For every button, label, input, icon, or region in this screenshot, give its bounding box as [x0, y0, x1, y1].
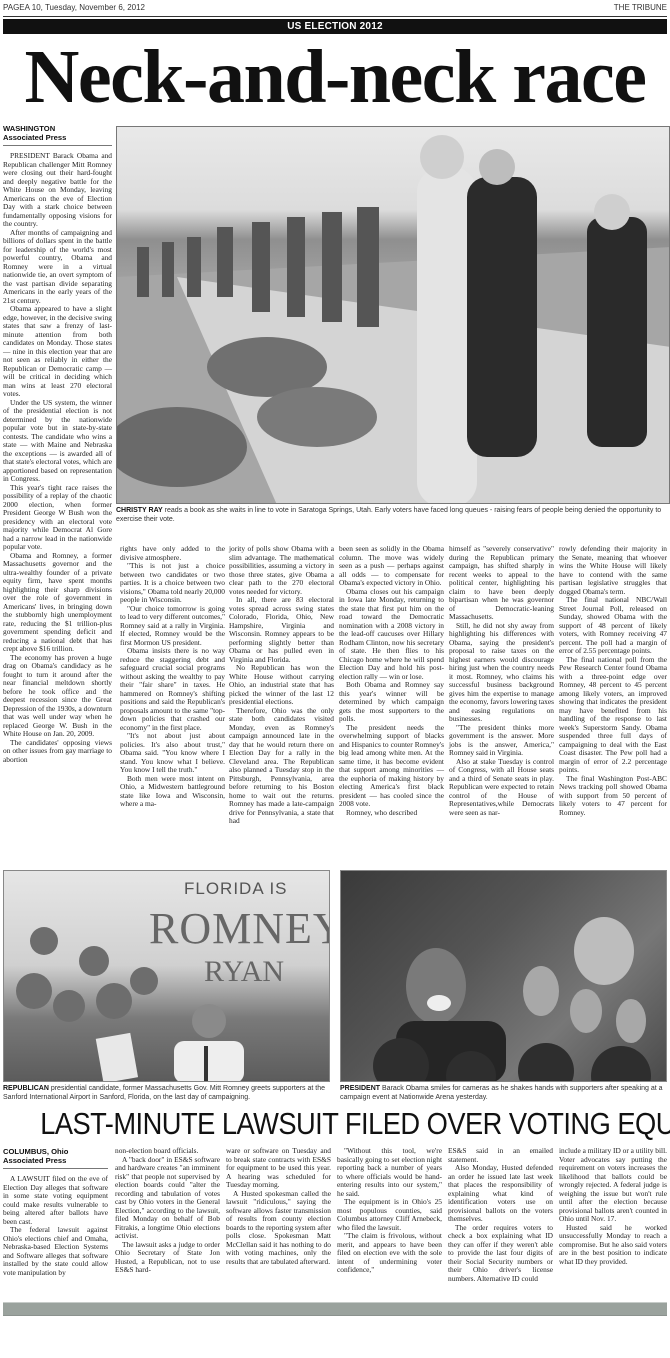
lead-dateline: WASHINGTON Associated Press — [3, 124, 112, 146]
second-story-column-6: include a military ID or a utility bill.… — [559, 1147, 667, 1266]
lead-story-column-3: jority of polls show Obama with a slim a… — [229, 545, 334, 826]
paragraph: Therefore, Ohio was the only state both … — [229, 707, 334, 826]
paragraph: Obama and Romney, a former Massachusetts… — [3, 552, 112, 654]
paragraph: The lawsuit asks a judge to order Ohio S… — [115, 1241, 220, 1275]
caption-lead: CHRISTY RAY — [116, 507, 163, 514]
paragraph: Both men were most intent on Ohio, a Mid… — [120, 775, 225, 809]
obama-photo-caption: PRESIDENT Barack Obama smiles for camera… — [340, 1085, 667, 1102]
paragraph: The federal lawsuit against Ohio's elect… — [3, 1226, 108, 1277]
paragraph: "Our choice tomorrow is going to lead to… — [120, 605, 225, 648]
paragraph: Romney, who described — [339, 809, 444, 818]
second-dateline: COLUMBUS, Ohio Associated Press — [3, 1147, 108, 1169]
paragraph: In all, there are 83 electoral votes spr… — [229, 596, 334, 664]
paragraph: The president needs the overwhelming sup… — [339, 724, 444, 809]
paragraph: The order requires voters to check a box… — [448, 1224, 553, 1284]
paragraph: The candidates' opposing views on other … — [3, 739, 112, 765]
paragraph: A "back door" in ES&S software and hardw… — [115, 1156, 220, 1241]
lead-headline: Neck-and-neck race — [0, 34, 670, 120]
paragraph: No Republican has won the White House wi… — [229, 664, 334, 707]
paragraph: The equipment is in Ohio's 25 most popul… — [337, 1198, 442, 1232]
main-photo-caption: CHRISTY RAY reads a book as she waits in… — [116, 507, 670, 524]
dateline-city: WASHINGTON — [3, 124, 112, 133]
caption-text: presidential candidate, former Massachus… — [3, 1085, 325, 1101]
paragraph: been seen as solidly in the Obama column… — [339, 545, 444, 588]
romney-photo: FLORIDA IS ROMNEY RYAN — [3, 870, 330, 1082]
page-folio: PAGEA 10, Tuesday, November 6, 2012 — [3, 3, 145, 12]
paragraph: The final Washington Post-ABC News track… — [559, 775, 667, 818]
romney-photo-caption: REPUBLICAN presidential candidate, forme… — [3, 1085, 330, 1102]
paragraph: himself as "severely conservative" durin… — [449, 545, 554, 622]
second-story-column-5: ES&S said in an emailed statement. Also … — [448, 1147, 553, 1283]
crowd-illustration — [341, 871, 667, 1082]
paragraph: Also Monday, Husted defended an order he… — [448, 1164, 553, 1224]
second-headline: LAST-MINUTE LAWSUIT FILED OVER VOTING EQ… — [40, 1104, 630, 1144]
paragraph: The final national poll from the Pew Res… — [559, 656, 667, 775]
article-text: A LAWSUIT filed on the eve of Election D… — [3, 1175, 108, 1277]
paragraph: PRESIDENT Barack Obama and Republican ch… — [3, 152, 112, 229]
obama-photo — [340, 870, 667, 1082]
lead-story-column-2: rights have only added to the divisive a… — [120, 545, 225, 809]
paragraph: This year's tight race raises the possib… — [3, 484, 112, 552]
paragraph: ware or software on Tuesday and to break… — [226, 1147, 331, 1190]
paragraph: A LAWSUIT filed on the eve of Election D… — [3, 1175, 108, 1226]
caption-text: reads a book as she waits in line to vot… — [116, 507, 661, 523]
paragraph: Husted said he worked unsuccessfully Mon… — [559, 1224, 667, 1267]
paragraph: "The claim is frivolous, without merit, … — [337, 1232, 442, 1275]
lead-story-column-4: been seen as solidly in the Obama column… — [339, 545, 444, 817]
paragraph: "It's not about just about policies. It'… — [120, 732, 225, 775]
paragraph: Obama closes out his campaign in Iowa la… — [339, 588, 444, 682]
lead-story-column-6: rowly defending their majority in the Se… — [559, 545, 667, 817]
paragraph: rowly defending their majority in the Se… — [559, 545, 667, 596]
paragraph: ES&S said in an emailed statement. — [448, 1147, 553, 1164]
lead-story-column-1: WASHINGTON Associated Press PRESIDENT Ba… — [3, 124, 112, 764]
paragraph: Obama insists there is no way reduce the… — [120, 647, 225, 732]
paragraph: "Without this tool, we're basically goin… — [337, 1147, 442, 1198]
paragraph: Both Obama and Romney say this year's wi… — [339, 681, 444, 724]
second-story-column-2: non-election board officials. A "back do… — [115, 1147, 220, 1275]
paragraph: The economy has proven a huge drag on Ob… — [3, 654, 112, 739]
dateline-city: COLUMBUS, Ohio — [3, 1147, 108, 1156]
caption-lead: REPUBLICAN — [3, 1085, 49, 1092]
second-story-column-4: "Without this tool, we're basically goin… — [337, 1147, 442, 1275]
paragraph: "The president thinks more government is… — [449, 724, 554, 758]
footer-bar — [3, 1302, 667, 1316]
paragraph: rights have only added to the divisive a… — [120, 545, 225, 562]
dateline-source: Associated Press — [3, 133, 112, 142]
second-story-column-1: COLUMBUS, Ohio Associated Press A LAWSUI… — [3, 1147, 108, 1277]
main-photo-voters-line — [116, 126, 670, 504]
paragraph: "This is not just a choice between two c… — [120, 562, 225, 605]
crowd-illustration — [4, 871, 330, 1082]
top-rule — [3, 16, 667, 17]
caption-lead: PRESIDENT — [340, 1085, 380, 1092]
paragraph: include a military ID or a utility bill.… — [559, 1147, 667, 1224]
second-story-column-3: ware or software on Tuesday and to break… — [226, 1147, 331, 1266]
paragraph: Still, he did not shy away from highligh… — [449, 622, 554, 724]
section-banner: US ELECTION 2012 — [3, 19, 667, 34]
paragraph: The final national NBC/Wall Street Journ… — [559, 596, 667, 656]
dateline-source: Associated Press — [3, 1156, 108, 1165]
lead-story-column-5: himself as "severely conservative" durin… — [449, 545, 554, 817]
paragraph: A Husted spokesman called the lawsuit "r… — [226, 1190, 331, 1267]
paragraph: Under the US system, the winner of the p… — [3, 399, 112, 484]
caption-text: Barack Obama smiles for cameras as he sh… — [340, 1085, 663, 1101]
paragraph: Obama appeared to have a slight edge, ho… — [3, 305, 112, 399]
paragraph: Also at stake Tuesday is control of Cong… — [449, 758, 554, 818]
paragraph: After months of campaigning and billions… — [3, 229, 112, 306]
article-text: PRESIDENT Barack Obama and Republican ch… — [3, 152, 112, 764]
paragraph: jority of polls show Obama with a slim a… — [229, 545, 334, 596]
photo-illustration — [117, 127, 670, 504]
paper-name: THE TRIBUNE — [614, 3, 667, 12]
